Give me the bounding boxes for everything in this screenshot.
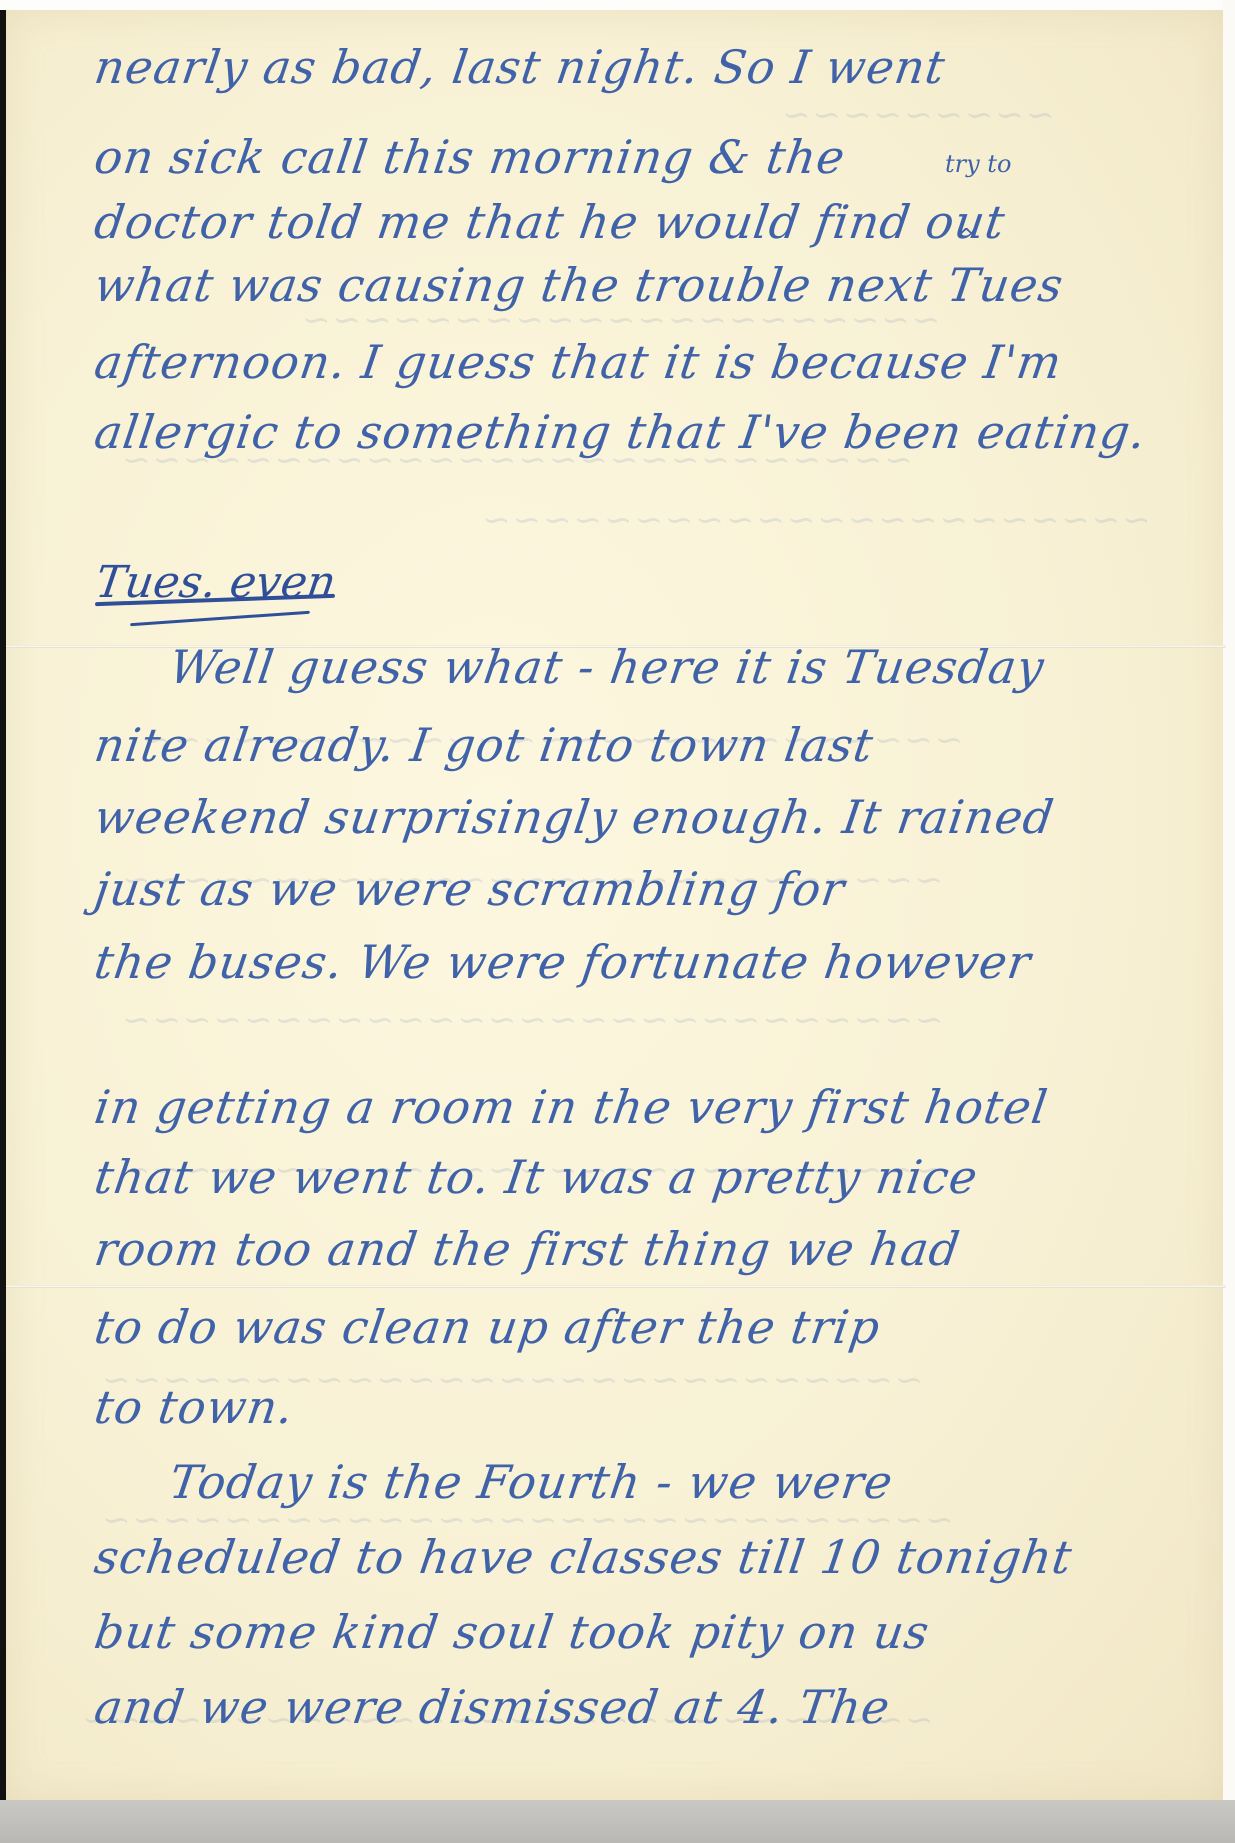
letter-line: scheduled to have classes till 10 tonigh… xyxy=(91,1530,1076,1584)
scan-top-edge xyxy=(0,0,1235,10)
letter-line: Today is the Fourth - we were xyxy=(166,1455,896,1509)
letter-line: that we went to. It was a pretty nice xyxy=(91,1150,981,1204)
letter-line: and we were dismissed at 4. The xyxy=(91,1680,894,1734)
scan-bottom-shadow xyxy=(0,1800,1235,1843)
letter-line: in getting a room in the very first hote… xyxy=(91,1080,1051,1134)
scan-right-edge xyxy=(1223,0,1235,1843)
letter-line: doctor told me that he would find out xyxy=(91,195,1009,249)
letter-line: the buses. We were fortunate however xyxy=(91,935,1034,989)
letter-line: to do was clean up after the trip xyxy=(91,1300,884,1354)
letter-line: nearly as bad, last night. So I went xyxy=(91,40,949,94)
letter-line: Well guess what - here it is Tuesday xyxy=(166,640,1048,694)
paper-fold-line xyxy=(6,1285,1226,1288)
letter-line: weekend surprisingly enough. It rained xyxy=(91,790,1057,844)
handwritten-insertion: try to xyxy=(945,150,1011,178)
letter-line: what was causing the trouble next Tues xyxy=(91,258,1067,312)
letter-line: on sick call this morning & the xyxy=(91,130,849,184)
letter-line: nite already. I got into town last xyxy=(91,718,877,772)
letter-line: afternoon. I guess that it is because I'… xyxy=(91,335,1065,389)
letter-line: just as we were scrambling for xyxy=(91,862,848,916)
letter-line: to town. xyxy=(91,1380,297,1434)
letter-line: room too and the first thing we had xyxy=(91,1222,963,1276)
letter-line: allergic to something that I've been eat… xyxy=(91,405,1150,459)
letter-line: but some kind soul took pity on us xyxy=(91,1605,933,1659)
